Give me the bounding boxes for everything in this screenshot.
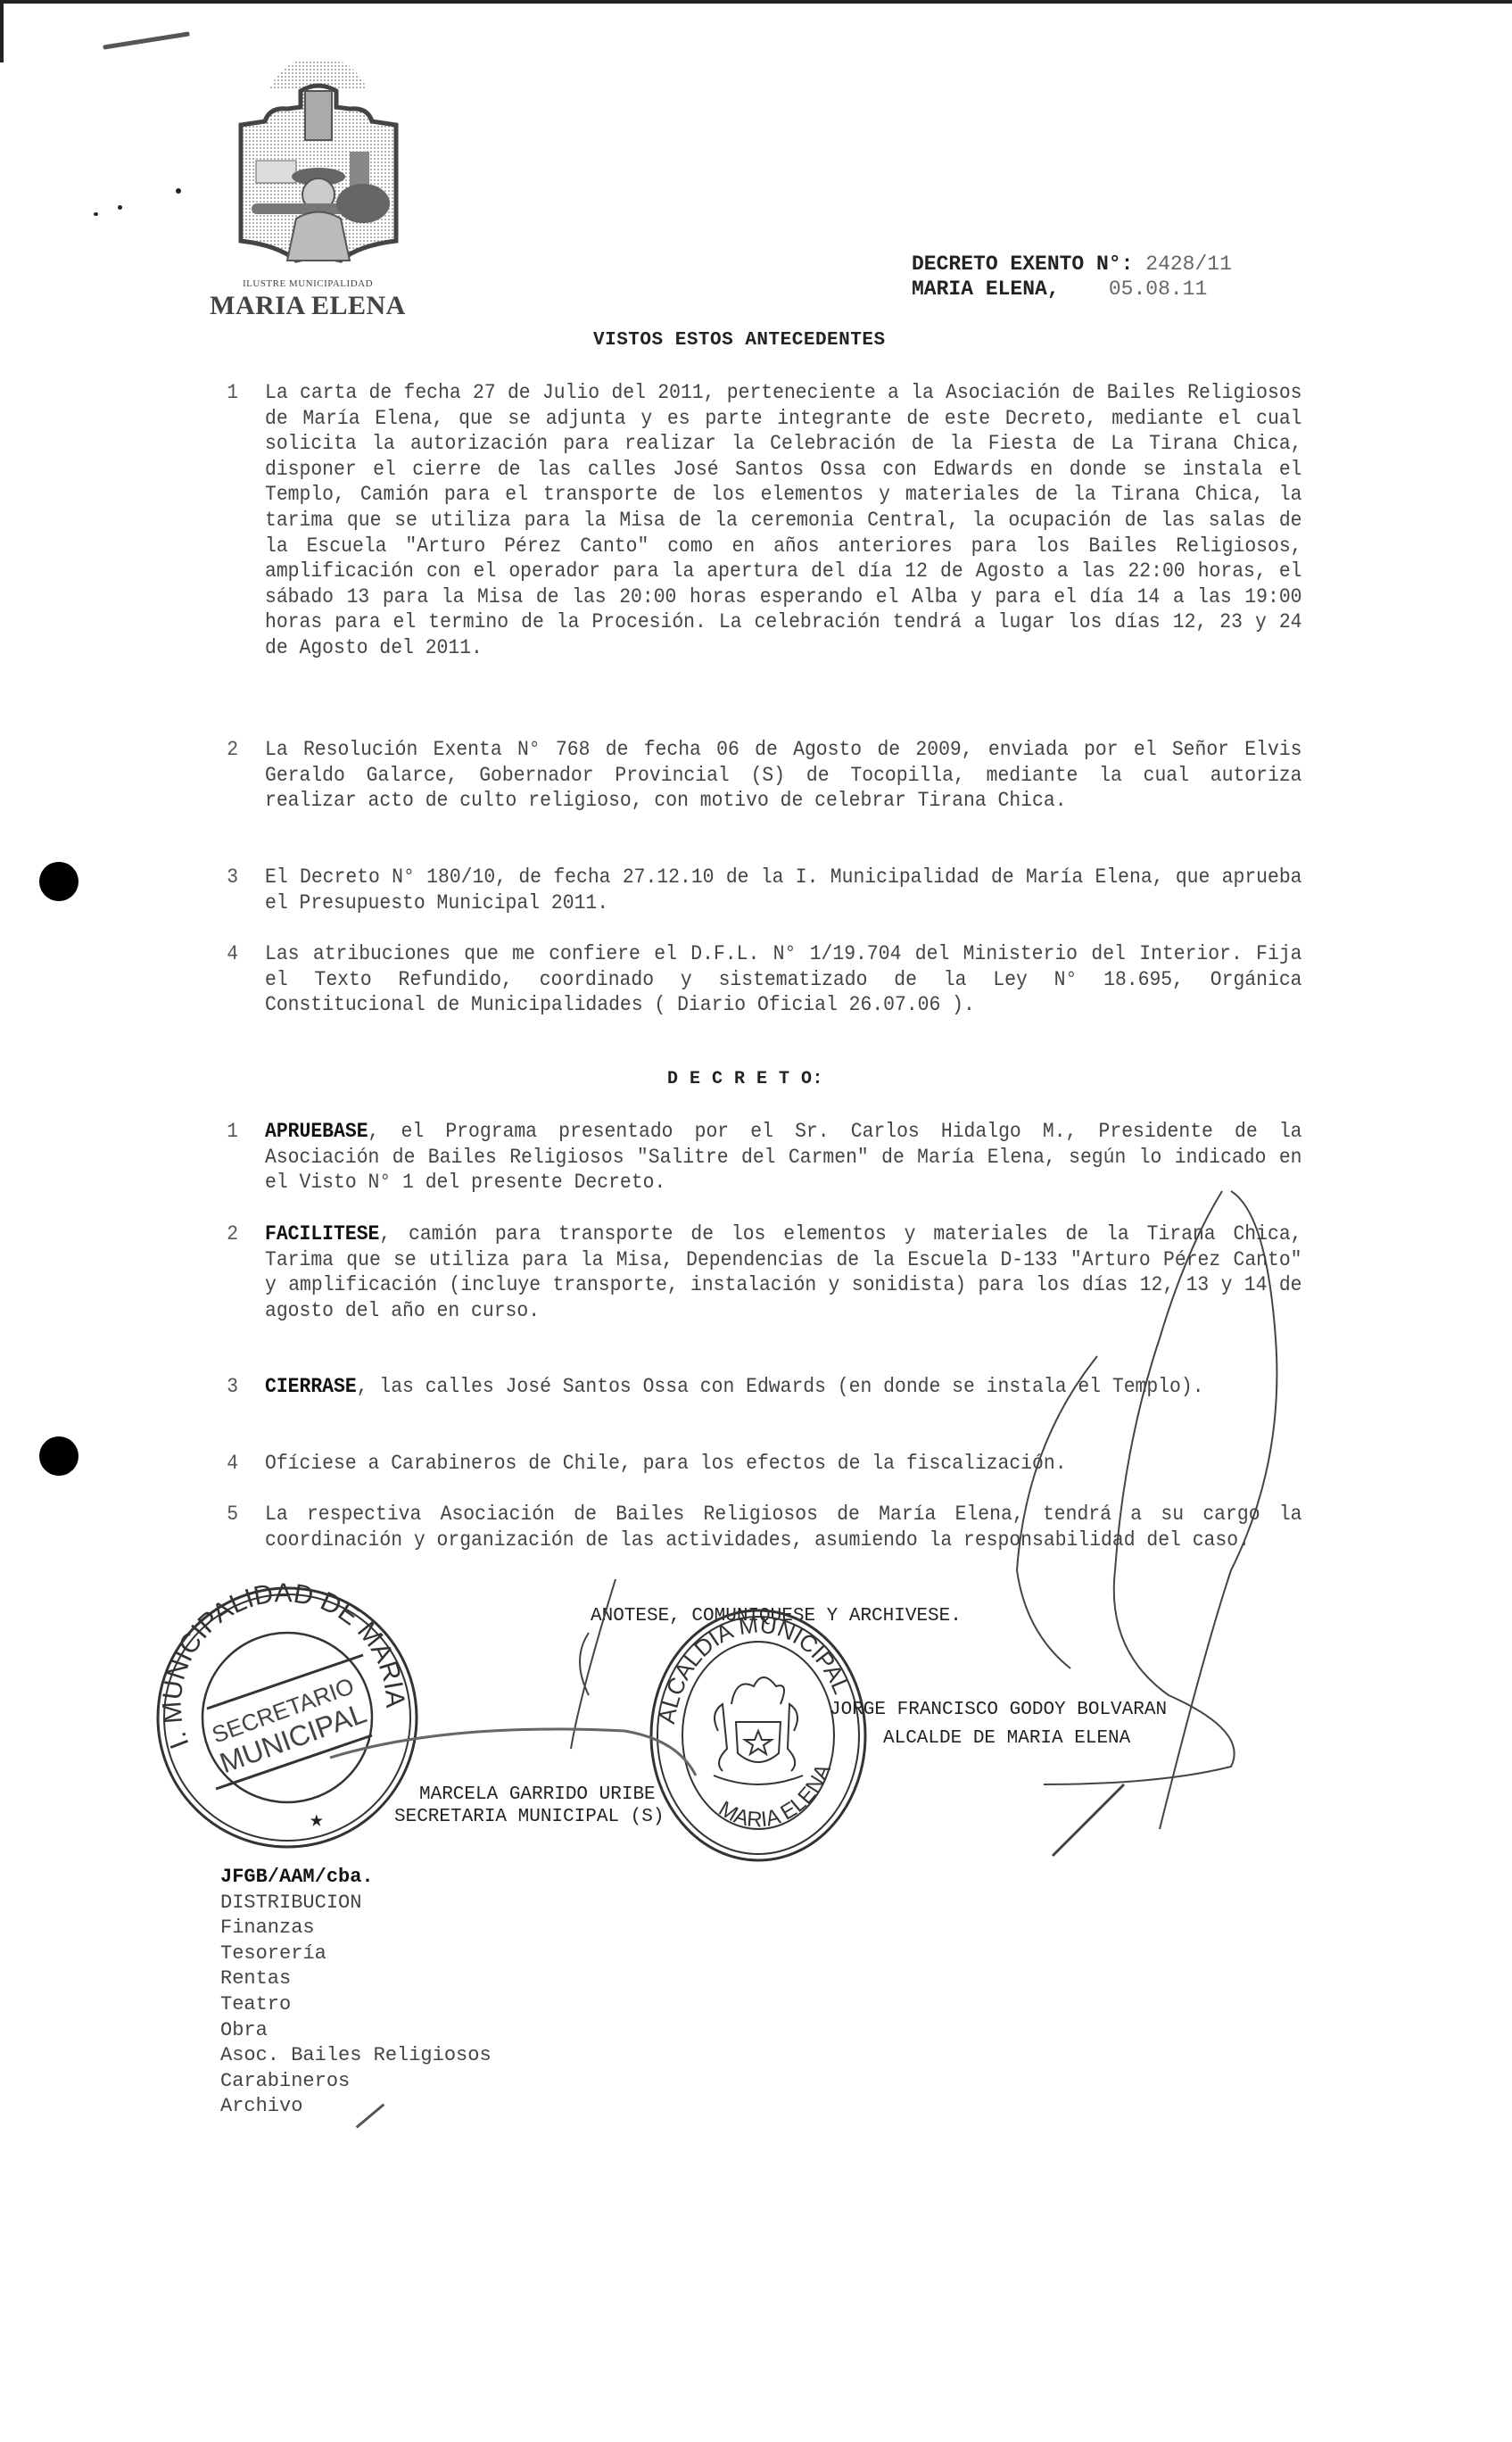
institution-name: MARIA ELENA [192, 291, 424, 321]
decree-label: DECRETO EXENTO N°: [912, 252, 1133, 276]
institution-subtitle: ILUSTRE MUNICIPALIDAD [201, 278, 415, 289]
mayor-name: JORGE FRANCISCO GODOY BOLVARAN [830, 1700, 1167, 1720]
decreto-item: 1 APRUEBASE, el Programa presentado por … [265, 1119, 1230, 1196]
item-number: 3 [227, 1374, 238, 1400]
item-text: Ofíciese a Carabineros de Chile, para lo… [265, 1451, 1302, 1477]
decreto-item: 2 FACILITESE, camión para transporte de … [265, 1221, 1230, 1323]
place-label: MARIA ELENA, [912, 277, 1060, 301]
visto-item: 2 La Resolución Exenta N° 768 de fecha 0… [265, 737, 1230, 814]
item-number: 1 [227, 380, 238, 406]
punch-hole [39, 862, 78, 901]
decree-number: 2428/11 [1145, 252, 1232, 276]
stamp-outer-text: MARIA ELENA [715, 1760, 836, 1832]
item-text: , las calles José Santos Ossa con Edward… [357, 1375, 1204, 1398]
chile-coat-of-arms-icon [714, 1677, 803, 1784]
distribution-item: Asoc. Bailes Religiosos [220, 2043, 492, 2069]
item-number: 3 [227, 865, 238, 890]
mayor-stamp: ALCALDIA MUNICIPAL MARIA ELENA [647, 1606, 870, 1865]
item-number: 1 [227, 1119, 238, 1145]
distribution-item: Rentas [220, 1966, 492, 1992]
secretary-name: MARCELA GARRIDO URIBE [419, 1784, 656, 1805]
item-text: Las atribuciones que me confiere el D.F.… [265, 941, 1302, 1018]
distribution-item: Carabineros [220, 2069, 492, 2095]
scan-edge [0, 0, 1512, 4]
scan-edge [0, 0, 4, 62]
scan-speck [176, 188, 181, 194]
distribution-item: Archivo [220, 2094, 492, 2120]
item-text: La Resolución Exenta N° 768 de fecha 06 … [265, 737, 1302, 814]
decreto-item: 3 CIERRASE, las calles José Santos Ossa … [265, 1374, 1230, 1400]
secretary-title: SECRETARIA MUNICIPAL (S) [394, 1807, 664, 1827]
visto-item: 3 El Decreto N° 180/10, de fecha 27.12.1… [265, 865, 1230, 915]
scan-mark [103, 31, 190, 49]
visto-item: 1 La carta de fecha 27 de Julio del 2011… [265, 380, 1230, 661]
stamp-outer-text: ALCALDIA MUNICIPAL [653, 1610, 855, 1726]
item-number: 4 [227, 1451, 238, 1477]
scan-speck [118, 205, 122, 210]
mayor-title: ALCALDE DE MARIA ELENA [883, 1728, 1130, 1749]
decree-date: 05.08.11 [1109, 277, 1207, 301]
item-text: , camión para transporte de los elemento… [265, 1222, 1302, 1322]
svg-text:MARIA ELENA: MARIA ELENA [715, 1760, 836, 1832]
distribution-item: Tesorería [220, 1941, 492, 1967]
place-date-line: MARIA ELENA, 05.08.11 [912, 277, 1207, 301]
municipal-coat-of-arms-logo [234, 54, 403, 268]
item-number: 2 [227, 1221, 238, 1247]
item-keyword: FACILITESE [265, 1222, 379, 1246]
distribution-item: Obra [220, 2018, 492, 2044]
item-text: , el Programa presentado por el Sr. Carl… [265, 1120, 1302, 1194]
decreto-item: 4 Ofíciese a Carabineros de Chile, para … [265, 1451, 1230, 1477]
item-keyword: APRUEBASE [265, 1120, 368, 1143]
item-text: La carta de fecha 27 de Julio del 2011, … [265, 380, 1302, 661]
vistos-heading: VISTOS ESTOS ANTECEDENTES [593, 330, 886, 351]
visto-item: 4 Las atribuciones que me confiere el D.… [265, 941, 1230, 1018]
item-text: La respectiva Asociación de Bailes Relig… [265, 1502, 1302, 1552]
decreto-heading: D E C R E T O: [667, 1069, 823, 1089]
item-number: 2 [227, 737, 238, 763]
item-keyword: CIERRASE [265, 1375, 357, 1398]
distribution-title: DISTRIBUCION [220, 1891, 492, 1916]
distribution-block: JFGB/AAM/cba. DISTRIBUCION Finanzas Teso… [220, 1865, 492, 2120]
star-icon: ★ [310, 1807, 324, 1834]
item-number: 4 [227, 941, 238, 967]
svg-text:ALCALDIA MUNICIPAL: ALCALDIA MUNICIPAL [653, 1610, 855, 1726]
secretary-stamp: I. MUNICIPALIDAD DE MARIA ELENA SECRETAR… [153, 1584, 421, 1851]
item-text: El Decreto N° 180/10, de fecha 27.12.10 … [265, 865, 1302, 915]
decreto-item: 5 La respectiva Asociación de Bailes Rel… [265, 1502, 1230, 1552]
distribution-item: Teatro [220, 1992, 492, 2018]
item-number: 5 [227, 1502, 238, 1527]
scan-speck [94, 212, 98, 216]
punch-hole [39, 1436, 78, 1476]
reference-initials: JFGB/AAM/cba. [220, 1865, 492, 1891]
decree-number-line: DECRETO EXENTO N°: 2428/11 [912, 252, 1232, 276]
distribution-item: Finanzas [220, 1916, 492, 1941]
